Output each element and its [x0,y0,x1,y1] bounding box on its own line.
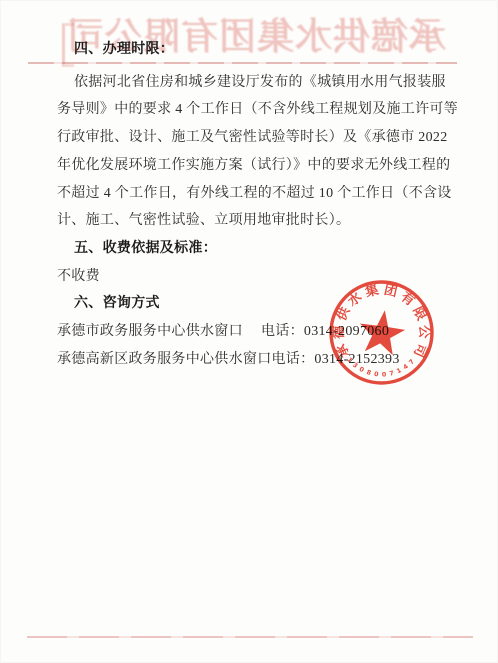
contact-phone-line-hightech: 承德高新区政务服务中心供水窗口电话：0314-2152393 [57,346,463,374]
paragraph-line: 年优化发展环境工作实施方案（试行）》中的要求无外线工程的 [57,152,463,180]
section-heading-fees: 五、收费依据及标准： [57,235,463,263]
section-heading-contact: 六、咨询方式 [57,290,463,318]
paragraph-line: 行政审批、设计、施工及气密性试验等时长）及《承德市 2022 [57,124,463,152]
paragraph-line: 计、施工、气密性试验、立项用地审批时长）。 [57,207,463,235]
section-heading-processing-time: 四、办理时限： [57,36,463,64]
scanned-document-page: 承德供水集团有限公司 四、办理时限： 依据河北省住房和城乡建设厅发布的《城镇用水… [0,0,498,663]
paragraph-line: 依据河北省住房和城乡建设厅发布的《城镇用水用气报装服 [57,69,463,97]
paragraph-line: 务导则》中的要求 4 个工作日（不含外线工程规划及施工许可等 [57,96,463,124]
document-body: 四、办理时限： 依据河北省住房和城乡建设厅发布的《城镇用水用气报装服 务导则》中… [57,36,463,373]
paragraph-line: 不超过 4 个工作日，有外线工程的不超过 10 个工作日（不含设 [57,180,463,208]
bleedthrough-bottom-rule [27,636,473,638]
fee-statement: 不收费 [57,263,463,291]
contact-phone-line-city: 承德市政务服务中心供水窗口 电话：0314-2097060 [57,318,463,346]
